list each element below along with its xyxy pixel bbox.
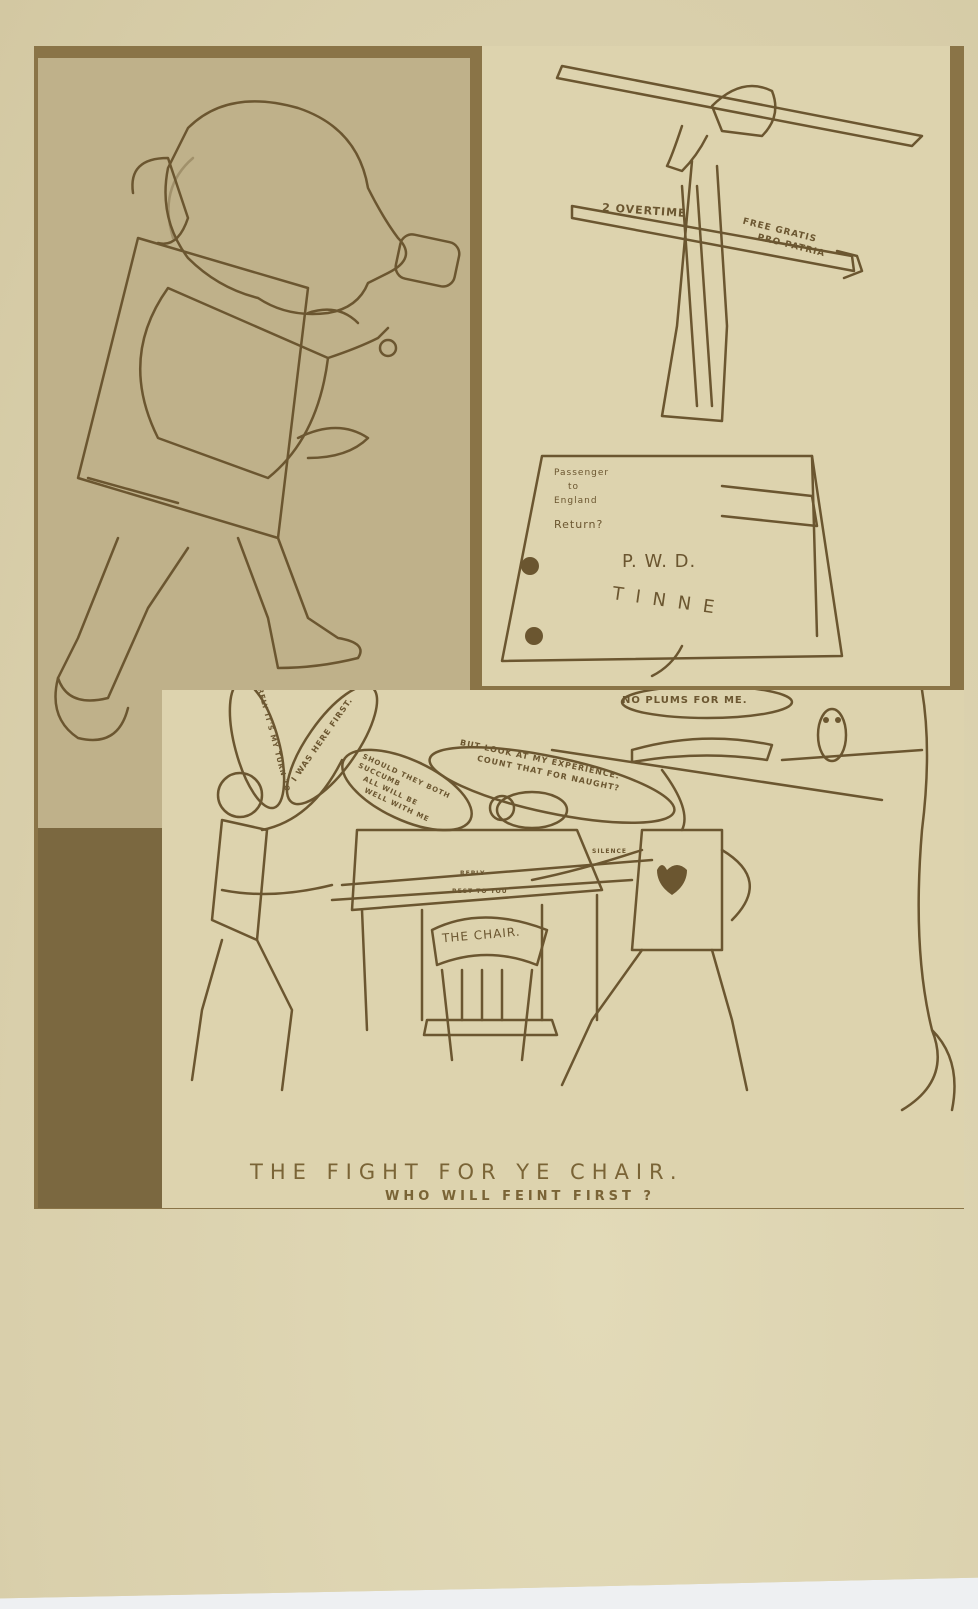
caricature-panel-top-right: 2 OVERTIME FREE GRATIS PRO PATRIA Passen… xyxy=(482,46,950,686)
desk-paper-rest-to-you: REST TO YOU xyxy=(452,888,508,895)
overtime-sign-number: 2 xyxy=(602,201,612,215)
desk-paper-reply: REPLY xyxy=(460,870,485,877)
trunk-initials: P. W. D. xyxy=(622,551,696,572)
caption-subtitle: WHO WILL FEINT FIRST ? xyxy=(385,1189,655,1204)
trunk-label-england: England xyxy=(554,494,609,508)
owl-speech-bubble: NO PLUMS FOR ME. xyxy=(622,695,748,706)
caricature-panel-fight: NO PLUMS FOR ME. BUT LOOK AT MY EXPERIEN… xyxy=(162,690,964,1208)
caricature-traveller-drawing xyxy=(482,46,950,686)
photo-shadow-area xyxy=(38,828,162,1208)
trunk-label-return: Return? xyxy=(554,518,609,532)
silence-tag: SILENCE xyxy=(592,848,627,855)
trunk-label-passenger: Passenger xyxy=(554,466,609,480)
trunk-label-to: to xyxy=(554,480,609,494)
caption-title: THE FIGHT FOR YE CHAIR. xyxy=(250,1160,684,1184)
